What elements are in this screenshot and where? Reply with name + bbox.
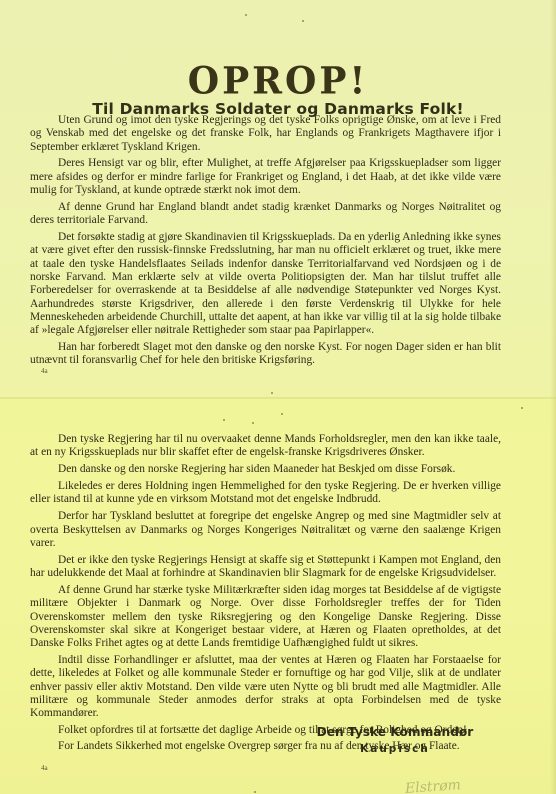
paragraph: Det er ikke den tyske Regjerings Hensigt… bbox=[30, 554, 501, 581]
paragraph: Han har forberedt Slaget mot den danske … bbox=[30, 341, 501, 368]
signature-title: Den Tyske Kommandør bbox=[292, 725, 498, 740]
paragraph: Den tyske Regjering har til nu overvaake… bbox=[30, 433, 501, 460]
paper-speck bbox=[254, 791, 256, 793]
printer-mark: 4a bbox=[41, 367, 48, 375]
paper-speck bbox=[245, 14, 247, 16]
poster-paper: OPROP! Til Danmarks Soldater og Danmarks… bbox=[0, 0, 556, 794]
paragraph: Likeledes er deres Holdning ingen Hemmel… bbox=[30, 480, 501, 507]
paper-speck bbox=[252, 422, 254, 424]
signature-name: Kaupisch bbox=[292, 742, 498, 756]
paper-speck bbox=[521, 407, 523, 409]
page-title: OPROP! bbox=[0, 59, 556, 103]
paragraph: Indtil disse Forhandlinger er afsluttet,… bbox=[30, 654, 501, 720]
paper-speck bbox=[302, 20, 304, 22]
paragraph: Af denne Grund har England blandt andet … bbox=[30, 201, 501, 228]
printer-mark: 4a bbox=[41, 764, 48, 772]
paper-speck bbox=[223, 419, 225, 421]
paragraph: Af denne Grund har stærke tyske Militærk… bbox=[30, 584, 501, 650]
paper-speck bbox=[271, 392, 273, 394]
paragraph: Det forsøkte stadig at gjøre Skandinavie… bbox=[30, 231, 501, 337]
paragraph: Uten Grund og imot den tyske Regjerings … bbox=[30, 114, 501, 154]
proclamation-section-2: Den tyske Regjering har til nu overvaake… bbox=[30, 433, 501, 755]
fold-line bbox=[0, 397, 556, 399]
paper-edge-shadow bbox=[550, 0, 556, 794]
handwritten-note: Elstrøm bbox=[405, 777, 462, 794]
paragraph: Den danske og den norske Regjering har s… bbox=[30, 463, 501, 476]
proclamation-section-1: Uten Grund og imot den tyske Regjerings … bbox=[30, 114, 501, 371]
paragraph: Deres Hensigt var og blir, efter Mulighe… bbox=[30, 157, 501, 197]
paper-speck bbox=[281, 413, 283, 415]
paragraph: Derfor har Tyskland besluttet at foregri… bbox=[30, 510, 501, 550]
